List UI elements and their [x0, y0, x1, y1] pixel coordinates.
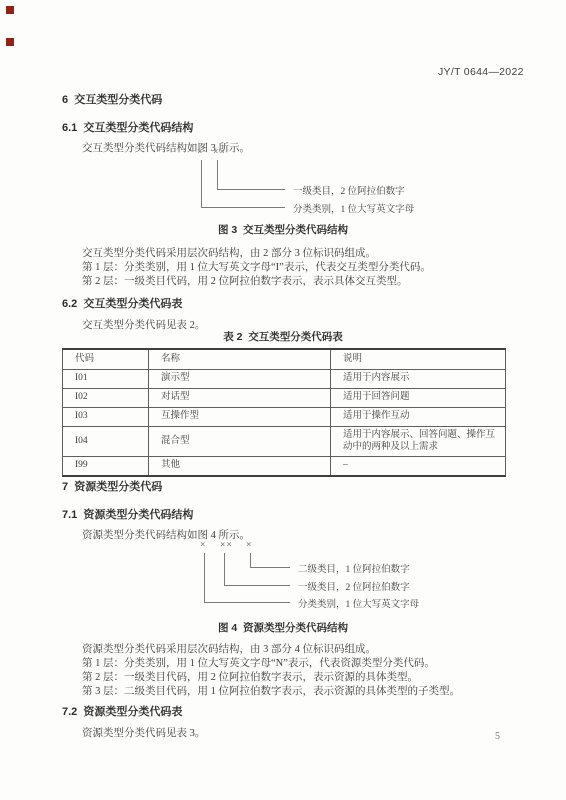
cell-name: 演示型 — [149, 370, 331, 389]
cell-name: 对话型 — [149, 389, 331, 408]
fig3-line-horizontal-2 — [217, 189, 285, 190]
scan-artifact-mark-bottom — [6, 38, 14, 46]
table-header-desc: 说明 — [331, 349, 506, 370]
fig3-x-mark-single: × — [197, 147, 203, 157]
standard-number-header: JY/T 0644—2022 — [438, 66, 524, 78]
cell-desc: 适用于操作互动 — [331, 408, 506, 427]
section-7-2-intro: 资源类型分类代码见表 3。 — [82, 725, 205, 740]
cell-desc: 适用于回答问题 — [331, 389, 506, 408]
fig3-line-vertical-2 — [217, 160, 218, 190]
section-6-heading: 6 交互类型分类代码 — [62, 91, 162, 107]
table-row: I02 对话型 适用于回答问题 — [63, 389, 506, 408]
section-7-1-heading: 7.1 资源类型分类代码结构 — [62, 506, 193, 522]
fig4-line-vertical-2 — [224, 553, 225, 586]
section-7-heading: 7 资源类型分类代码 — [62, 478, 162, 494]
fig4-x-mark-first: × — [200, 540, 206, 550]
table-row: I99 其他 – — [63, 457, 506, 477]
fig3-line-horizontal-1 — [201, 207, 285, 208]
section6-para-3: 第 2 层：一级类目代码，用 2 位阿拉伯数字表示，表示具体交互类型。 — [82, 273, 408, 288]
fig4-line-vertical-1 — [204, 553, 205, 603]
cell-name: 其他 — [149, 457, 331, 477]
fig3-label-level1: 一级类目，2 位阿拉伯数字 — [293, 183, 405, 197]
fig4-line-horizontal-1 — [204, 602, 290, 603]
section6-para-1: 交互类型分类代码采用层次码结构，由 2 部分 3 位标识码组成。 — [82, 245, 376, 260]
fig3-x-mark-double: ×× — [213, 147, 226, 157]
section7-para-2: 第 1 层：分类类别，用 1 位大写英文字母“N”表示，代表资源类型分类代码。 — [82, 655, 435, 670]
scan-artifact-mark-top — [6, 6, 14, 14]
fig4-label-level1: 一级类目，2 位阿拉伯数字 — [298, 579, 410, 593]
section7-para-1: 资源类型分类代码采用层次码结构，由 3 部分 4 位标识码组成。 — [82, 641, 376, 656]
table-row: I01 演示型 适用于内容展示 — [63, 370, 506, 389]
fig4-label-category: 分类类别，1 位大写英文字母 — [298, 596, 419, 610]
table-header-row: 代码 名称 说明 — [63, 349, 506, 370]
table2-caption: 表 2 交互类型分类代码表 — [0, 329, 566, 344]
cell-code: I99 — [63, 457, 149, 477]
section-6-2-heading: 6.2 交互类型分类代码表 — [62, 295, 182, 311]
cell-code: I01 — [63, 370, 149, 389]
fig4-line-vertical-3 — [250, 553, 251, 568]
cell-name: 互操作型 — [149, 408, 331, 427]
fig4-x-mark-double: ×× — [220, 540, 233, 550]
table-row: I03 互操作型 适用于操作互动 — [63, 408, 506, 427]
cell-name: 混合型 — [149, 427, 331, 457]
cell-code: I03 — [63, 408, 149, 427]
interaction-type-code-table: 代码 名称 说明 I01 演示型 适用于内容展示 I02 对话型 适用于回答问题… — [62, 348, 506, 477]
figure3-caption: 图 3 交互类型分类代码结构 — [0, 222, 566, 237]
cell-desc: 适用于内容展示 — [331, 370, 506, 389]
section-6-1-heading: 6.1 交互类型分类代码结构 — [62, 119, 193, 135]
table-header-name: 名称 — [149, 349, 331, 370]
section7-para-3: 第 2 层：一级类目代码，用 2 位阿拉伯数字表示，表示资源的具体类型。 — [82, 669, 418, 684]
cell-desc: – — [331, 457, 506, 477]
fig4-x-mark-last: × — [246, 540, 252, 550]
table-row: I04 混合型 适用于内容展示、回答问题、操作互动中的两种及以上需求 — [63, 427, 506, 457]
figure4-caption: 图 4 资源类型分类代码结构 — [0, 620, 566, 635]
section-7-2-heading: 7.2 资源类型分类代码表 — [62, 703, 182, 719]
fig3-label-category: 分类类别，1 位大写英文字母 — [293, 201, 414, 215]
section6-para-2: 第 1 层：分类类别，用 1 位大写英文字母“I”表示，代表交互类型分类代码。 — [82, 259, 431, 274]
fig3-line-vertical-1 — [201, 160, 202, 208]
fig4-label-level2: 二级类目，1 位阿拉伯数字 — [298, 561, 410, 575]
fig4-line-horizontal-2 — [224, 585, 290, 586]
cell-code: I02 — [63, 389, 149, 408]
cell-code: I04 — [63, 427, 149, 457]
cell-desc: 适用于内容展示、回答问题、操作互动中的两种及以上需求 — [331, 427, 506, 457]
document-page: JY/T 0644—2022 6 交互类型分类代码 6.1 交互类型分类代码结构… — [0, 0, 566, 800]
section7-para-4: 第 3 层：二级类目代码，用 1 位阿拉伯数字表示，表示资源的具体类型的子类型。 — [82, 683, 460, 698]
fig4-line-horizontal-3 — [250, 567, 290, 568]
page-number: 5 — [495, 731, 500, 742]
table-header-code: 代码 — [63, 349, 149, 370]
